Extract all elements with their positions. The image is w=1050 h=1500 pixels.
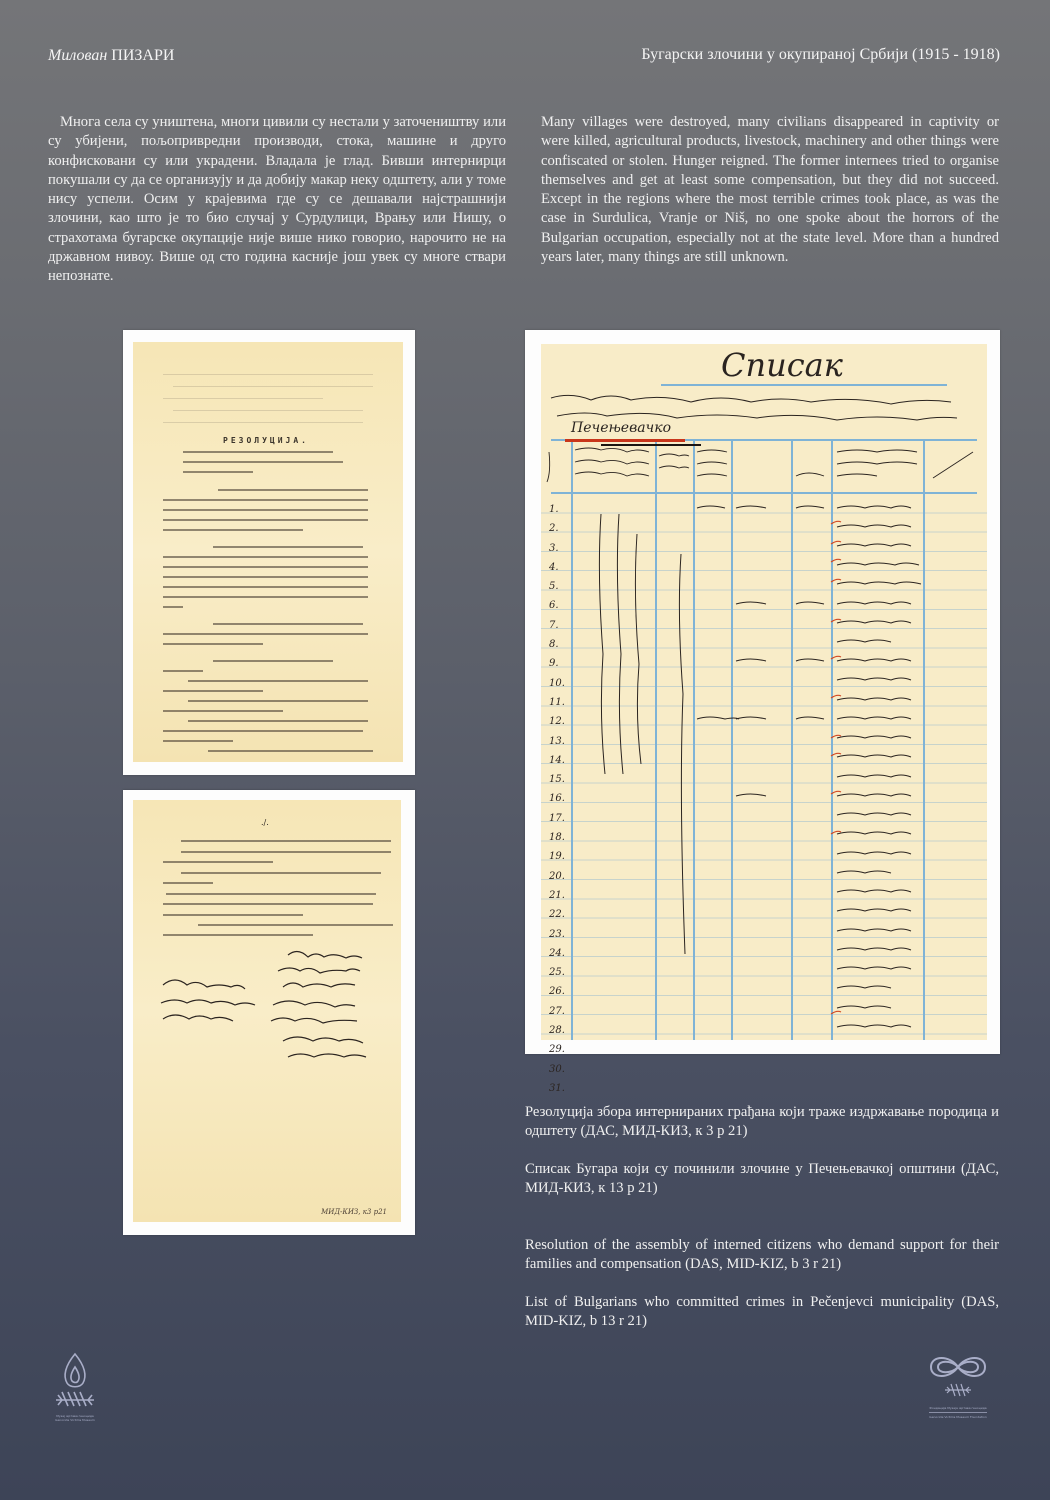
logo-left-line2: Genocide Victims Museum: [50, 1418, 100, 1422]
page-title: Бугарски злочини у окупираној Србији (19…: [641, 46, 1000, 64]
resolution-page-1-photo: РЕЗОЛУЦИЈА.: [123, 330, 415, 775]
resolution-page-2-photo: ./. МИД-КИЗ, к3 р21: [123, 790, 415, 1235]
resolution-page-1-paper: РЕЗОЛУЦИЈА.: [133, 342, 403, 762]
resolution-title: РЕЗОЛУЦИЈА.: [223, 436, 309, 445]
list-column-headers: [541, 442, 987, 492]
author-first-name: Милован: [48, 47, 107, 64]
caption-sr-resolution: Резолуција збора интернираних грађана ко…: [525, 1103, 999, 1142]
foundation-logo-right: Фондација Музеја жртава геноцида Genocid…: [925, 1350, 991, 1422]
flame-barbed-wire-icon: [50, 1350, 100, 1410]
signatures: [153, 945, 393, 1065]
list-handwritten-entries: [541, 494, 987, 1040]
caption-en-list: List of Bulgarians who committed crimes …: [525, 1293, 999, 1332]
infinity-knot-icon: [925, 1350, 991, 1402]
author-name: Милован ПИЗАРИ: [48, 47, 174, 65]
caption-en-resolution: Resolution of the assembly of interned c…: [525, 1236, 999, 1275]
logo-right-line1: Фондација Музеја жртава геноцида: [925, 1406, 991, 1410]
list-heading-underlined: Печењевачко: [571, 420, 671, 436]
serbian-paragraph: Многа села су уништена, многи цивили су …: [48, 113, 506, 287]
resolution-page-2-paper: ./. МИД-КИЗ, к3 р21: [133, 800, 401, 1222]
page-mark: ./.: [261, 818, 269, 827]
list-document-paper: Списак Печењевачко: [541, 344, 987, 1040]
list-title: Списак: [721, 346, 843, 384]
logo-right-line2: Genocide Victims Museum Foundation: [925, 1415, 991, 1419]
english-paragraph: Many villages were destroyed, many civil…: [541, 113, 999, 267]
museum-logo-left: Музеј жртава геноцида Genocide Victims M…: [50, 1350, 100, 1422]
caption-sr-list: Списак Бугара који су починили злочине у…: [525, 1160, 999, 1199]
author-last-name: ПИЗАРИ: [111, 47, 174, 64]
archive-stamp: МИД-КИЗ, к3 р21: [321, 1208, 387, 1216]
logo-divider: [929, 1412, 987, 1413]
list-document-photo: Списак Печењевачко: [525, 330, 1000, 1054]
